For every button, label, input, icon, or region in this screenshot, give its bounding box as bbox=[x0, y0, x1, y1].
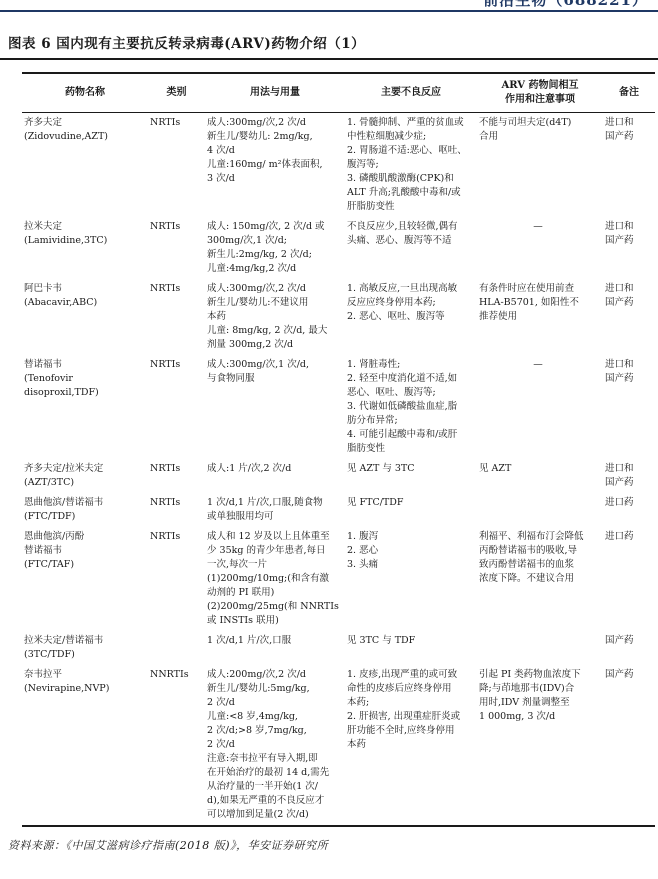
usage-cell: 成人和 12 岁及以上且体重至 少 35kg 的青少年患者,每日 一次,每次一片… bbox=[205, 527, 345, 631]
drug-name-cell: 恩曲他滨/替诺福韦 (FTC/TDF) bbox=[22, 493, 148, 527]
usage-cell: 成人:1 片/次,2 次/d bbox=[205, 459, 345, 493]
category-cell: NRTIs bbox=[148, 459, 205, 493]
category-cell: NRTIs bbox=[148, 113, 205, 218]
column-header-note: 备注 bbox=[603, 73, 655, 113]
note-cell: 国产药 bbox=[603, 631, 655, 665]
note-cell: 进口和 国产药 bbox=[603, 459, 655, 493]
interactions-cell: 引起 PI 类药物血浓度下 降;与茚地那韦(IDV)合 用时,IDV 剂量调整至… bbox=[477, 665, 603, 826]
column-header-reactions: 主要不良反应 bbox=[345, 73, 477, 113]
reactions-cell: 1. 腹泻 2. 恶心 3. 头痛 bbox=[345, 527, 477, 631]
interactions-cell: — bbox=[477, 217, 603, 279]
column-header-category: 类别 bbox=[148, 73, 205, 113]
category-cell: NRTIs bbox=[148, 217, 205, 279]
table-row: 齐多夫定 (Zidovudine,AZT) NRTIs 成人:300mg/次,2… bbox=[22, 113, 655, 218]
reactions-cell: 见 3TC 与 TDF bbox=[345, 631, 477, 665]
drug-name-cell: 替诺福韦 (Tenofovir disoproxil,TDF) bbox=[22, 355, 148, 459]
page-header-banner: 前沿生物（688221） bbox=[0, 0, 658, 12]
table-row: 拉米夫定 (Lamividine,3TC) NRTIs 成人: 150mg/次,… bbox=[22, 217, 655, 279]
interactions-cell: 不能与司坦夫定(d4T) 合用 bbox=[477, 113, 603, 218]
interactions-cell: — bbox=[477, 355, 603, 459]
drug-name-cell: 奈韦拉平 (Nevirapine,NVP) bbox=[22, 665, 148, 826]
note-cell: 进口药 bbox=[603, 493, 655, 527]
note-cell: 进口和 国产药 bbox=[603, 279, 655, 355]
table-row: 恩曲他滨/丙酚 替诺福韦 (FTC/TAF) NRTIs 成人和 12 岁及以上… bbox=[22, 527, 655, 631]
table-row: 拉米夫定/替诺福韦 (3TC/TDF) 1 次/d,1 片/次,口服 见 3TC… bbox=[22, 631, 655, 665]
reactions-cell: 见 FTC/TDF bbox=[345, 493, 477, 527]
note-cell: 进口和 国产药 bbox=[603, 217, 655, 279]
table-row: 恩曲他滨/替诺福韦 (FTC/TDF) NRTIs 1 次/d,1 片/次,口服… bbox=[22, 493, 655, 527]
report-page: 前沿生物（688221） 图表 6 国内现有主要抗反转录病毒(ARV)药物介绍（… bbox=[0, 0, 658, 879]
drug-name-cell: 齐多夫定/拉米夫定 (AZT/3TC) bbox=[22, 459, 148, 493]
note-cell: 进口和 国产药 bbox=[603, 113, 655, 218]
reactions-cell: 1. 骨髓抑制、严重的贫血或 中性粒细胞减少症; 2. 胃肠道不适:恶心、呕吐、… bbox=[345, 113, 477, 218]
usage-cell: 成人:300mg/次,2 次/d 新生儿/婴幼儿: 2mg/kg, 4 次/d … bbox=[205, 113, 345, 218]
drug-name-cell: 拉米夫定 (Lamividine,3TC) bbox=[22, 217, 148, 279]
usage-cell: 1 次/d,1 片/次,口服 bbox=[205, 631, 345, 665]
arv-drug-table: 药物名称 类别 用法与用量 主要不良反应 ARV 药物间相互 作用和注意事项 备… bbox=[22, 72, 655, 827]
drug-name-cell: 拉米夫定/替诺福韦 (3TC/TDF) bbox=[22, 631, 148, 665]
usage-cell: 成人:300mg/次,2 次/d 新生儿/婴幼儿:不建议用 本药 儿童: 8mg… bbox=[205, 279, 345, 355]
column-header-drug-name: 药物名称 bbox=[22, 73, 148, 113]
table-row: 替诺福韦 (Tenofovir disoproxil,TDF) NRTIs 成人… bbox=[22, 355, 655, 459]
interactions-cell: 有条件时应在使用前查 HLA-B5701, 如阳性不 推荐使用 bbox=[477, 279, 603, 355]
table-row: 齐多夫定/拉米夫定 (AZT/3TC) NRTIs 成人:1 片/次,2 次/d… bbox=[22, 459, 655, 493]
interactions-cell: 利福平、利福布汀会降低 丙酚替诺福韦的吸收,导 致丙酚替诺福韦的血浆 浓度下降。… bbox=[477, 527, 603, 631]
note-cell: 进口药 bbox=[603, 527, 655, 631]
category-cell bbox=[148, 631, 205, 665]
reactions-cell: 1. 肾脏毒性; 2. 轻至中度消化道不适,如 恶心、呕吐、腹泻等; 3. 代谢… bbox=[345, 355, 477, 459]
usage-cell: 1 次/d,1 片/次,口服,随食物 或单独服用均可 bbox=[205, 493, 345, 527]
usage-cell: 成人:200mg/次,2 次/d 新生儿/婴幼儿:5mg/kg, 2 次/d 儿… bbox=[205, 665, 345, 826]
reactions-cell: 不良反应少,且较轻微,偶有 头痛、恶心、腹泻等不适 bbox=[345, 217, 477, 279]
column-header-interactions: ARV 药物间相互 作用和注意事项 bbox=[477, 73, 603, 113]
column-header-usage: 用法与用量 bbox=[205, 73, 345, 113]
interactions-cell: 见 AZT bbox=[477, 459, 603, 493]
category-cell: NRTIs bbox=[148, 527, 205, 631]
table-header-row: 药物名称 类别 用法与用量 主要不良反应 ARV 药物间相互 作用和注意事项 备… bbox=[22, 73, 655, 113]
drug-name-cell: 恩曲他滨/丙酚 替诺福韦 (FTC/TAF) bbox=[22, 527, 148, 631]
category-cell: NRTIs bbox=[148, 279, 205, 355]
reactions-cell: 1. 皮疹,出现严重的或可致 命性的皮疹后应终身停用 本药; 2. 肝损害, 出… bbox=[345, 665, 477, 826]
figure-title-block: 图表 6 国内现有主要抗反转录病毒(ARV)药物介绍（1） bbox=[0, 12, 658, 60]
reactions-cell: 1. 高敏反应,一旦出现高敏 反应应终身停用本药; 2. 恶心、呕吐、腹泻等 bbox=[345, 279, 477, 355]
category-cell: NRTIs bbox=[148, 355, 205, 459]
reactions-cell: 见 AZT 与 3TC bbox=[345, 459, 477, 493]
drug-name-cell: 齐多夫定 (Zidovudine,AZT) bbox=[22, 113, 148, 218]
interactions-cell bbox=[477, 493, 603, 527]
note-cell: 国产药 bbox=[603, 665, 655, 826]
table-row: 奈韦拉平 (Nevirapine,NVP) NNRTIs 成人:200mg/次,… bbox=[22, 665, 655, 826]
table-row: 阿巴卡韦 (Abacavir,ABC) NRTIs 成人:300mg/次,2 次… bbox=[22, 279, 655, 355]
usage-cell: 成人:300mg/次,1 次/d, 与食物同服 bbox=[205, 355, 345, 459]
usage-cell: 成人: 150mg/次, 2 次/d 或 300mg/次,1 次/d; 新生儿:… bbox=[205, 217, 345, 279]
note-cell: 进口和 国产药 bbox=[603, 355, 655, 459]
interactions-cell bbox=[477, 631, 603, 665]
category-cell: NRTIs bbox=[148, 493, 205, 527]
category-cell: NNRTIs bbox=[148, 665, 205, 826]
figure-title: 图表 6 国内现有主要抗反转录病毒(ARV)药物介绍（1） bbox=[8, 32, 658, 52]
data-source-note: 资料来源：《中国艾滋病诊疗指南(2018 版)》，华安证券研究所 bbox=[8, 837, 658, 853]
stock-name-clipped: 前沿生物（688221） bbox=[0, 0, 658, 10]
drug-name-cell: 阿巴卡韦 (Abacavir,ABC) bbox=[22, 279, 148, 355]
